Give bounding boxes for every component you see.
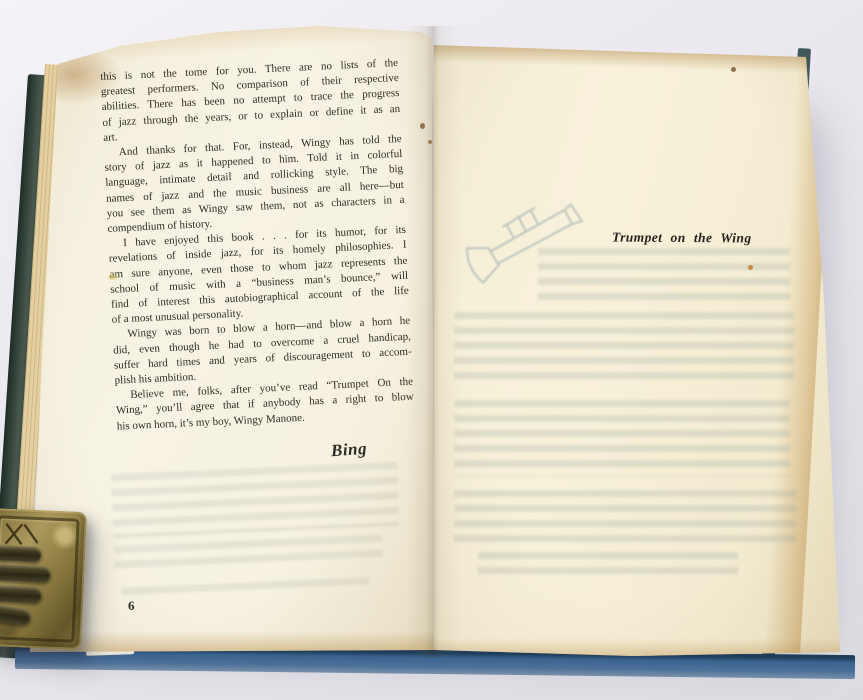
showthrough-line-block: [454, 400, 790, 476]
left-page: this is not the tome for you. There are …: [28, 22, 438, 662]
showthrough-line-block: [114, 535, 383, 577]
showthrough-line-block: [454, 312, 794, 386]
brass-clip: [0, 508, 87, 650]
page-number: 6: [128, 598, 135, 614]
right-page-top-specks: [608, 46, 766, 54]
clip-prong: [0, 584, 42, 603]
showthrough-line-block: [454, 490, 796, 546]
showthrough-line-block: [111, 462, 400, 538]
foxing-spot: [748, 265, 753, 270]
foreword-text: this is not the tome for you. There are …: [100, 56, 415, 435]
left-page-bottom-edge: [28, 622, 436, 654]
right-page: Trumpet on the Wing: [432, 34, 844, 662]
clip-prong: [0, 563, 51, 582]
showthrough-line-block: [478, 552, 738, 574]
right-page-right-edge: [764, 46, 834, 659]
foxing-spot: [108, 274, 118, 280]
book-photo: this is not the tome for you. There are …: [0, 0, 863, 700]
clip-prong: [0, 544, 41, 562]
brass-clip-hatch-pattern: [3, 520, 40, 550]
showthrough-text-left: [111, 462, 405, 626]
trumpet-showthrough-icon: [442, 166, 611, 322]
foxing-spot: [420, 123, 425, 129]
right-page-vignette: [432, 34, 844, 662]
foxing-spot: [428, 140, 432, 144]
right-page-top-edge: [433, 42, 809, 74]
showthrough-line-block: [122, 577, 370, 597]
book-title: Trumpet on the Wing: [612, 230, 752, 247]
foxing-spot: [731, 67, 736, 72]
signature: Bing: [330, 439, 367, 461]
